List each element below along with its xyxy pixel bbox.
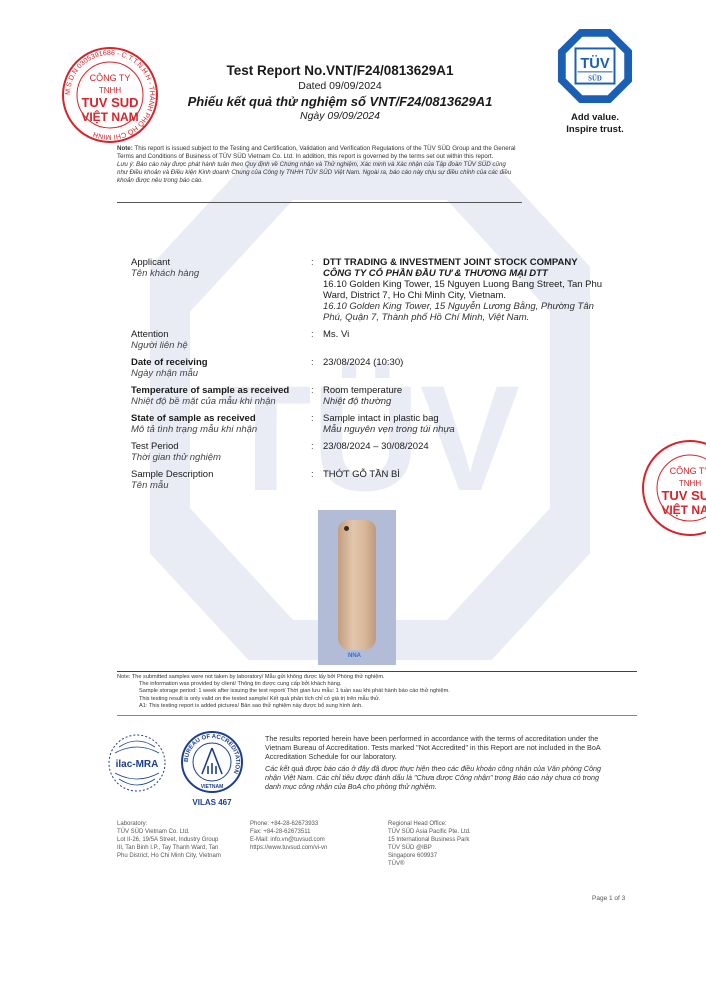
- field-row: ApplicantTên khách hàng:DTT TRADING & IN…: [131, 257, 611, 323]
- field-separator: :: [311, 413, 323, 435]
- field-row: AttentionNgười liên hệ:Ms. Vi: [131, 329, 611, 351]
- divider: [117, 715, 637, 716]
- footer-line: TÜV SÜD Vietnam Co. Ltd.: [117, 828, 267, 836]
- note-label: Note:: [117, 145, 133, 152]
- svg-text:TNHH: TNHH: [679, 479, 701, 488]
- footer-line: TÜV®: [388, 860, 538, 868]
- tuv-sud-logo: TÜV SÜD: [556, 27, 634, 105]
- field-row: Date of receivingNgày nhận mẫu:23/08/202…: [131, 357, 611, 379]
- footer-line: E-Mail: info.vn@tuvsud.com: [250, 836, 380, 844]
- field-value: 23/08/2024 (10:30): [323, 357, 611, 379]
- field-label: Temperature of sample as receivedNhiệt đ…: [131, 385, 311, 407]
- svg-text:VIETNAM: VIETNAM: [201, 784, 224, 790]
- report-date: Dated 09/09/2024: [190, 80, 490, 92]
- photo-label: NNA: [348, 653, 361, 659]
- field-value: Ms. Vi: [323, 329, 611, 351]
- ilac-mra-logo: ilac-MRA: [107, 733, 167, 793]
- note-en: This report is issued subject to the Tes…: [117, 145, 516, 160]
- svg-text:SÜD: SÜD: [588, 75, 602, 83]
- page-number: Page 1 of 3: [592, 895, 625, 902]
- field-label-vi: Ngày nhận mẫu: [131, 368, 311, 379]
- sample-info-table: ApplicantTên khách hàng:DTT TRADING & IN…: [131, 257, 611, 497]
- accreditation-en: The results reported herein have been pe…: [265, 734, 600, 761]
- divider: [117, 202, 522, 203]
- note-vi: Lưu ý: Báo cáo này được phát hành tuân t…: [117, 161, 511, 184]
- field-separator: :: [311, 357, 323, 379]
- vilas-number: VILAS 467: [180, 798, 244, 807]
- boa-logo: BUREAU OF ACCREDITATION VIETNAM: [180, 730, 244, 794]
- report-title-vi: Phiếu kết quả thử nghiệm số VNT/F24/0813…: [160, 94, 520, 109]
- field-value: DTT TRADING & INVESTMENT JOINT STOCK COM…: [323, 257, 611, 323]
- sample-notes: Note: The submitted samples were not tak…: [117, 674, 597, 710]
- svg-text:TUV SUD: TUV SUD: [661, 488, 706, 503]
- terms-note: Note: This report is issued subject to t…: [117, 145, 517, 185]
- report-title: Test Report No.VNT/F24/0813629A1: [190, 63, 490, 78]
- field-label: Sample DescriptionTên mẫu: [131, 469, 311, 491]
- tagline-line-2: Inspire trust.: [540, 124, 650, 136]
- footer-line: Phu District, Ho Chi Minh City, Vietnam: [117, 852, 267, 860]
- svg-text:VIỆT NAM: VIỆT NAM: [661, 502, 706, 517]
- svg-text:TUV SUD: TUV SUD: [81, 95, 138, 110]
- cutting-board-image: [338, 520, 376, 650]
- field-value: THỚT GỖ TẦN BÌ: [323, 469, 611, 491]
- footer-line: TÜV SÜD @IBP: [388, 844, 538, 852]
- footer-regional-office: Regional Head Office:TÜV SÜD Asia Pacifi…: [388, 820, 538, 868]
- field-separator: :: [311, 469, 323, 491]
- accreditation-statement: The results reported herein have been pe…: [265, 734, 615, 791]
- note-text: The submitted samples were not taken by …: [132, 674, 385, 680]
- field-label: Date of receivingNgày nhận mẫu: [131, 357, 311, 379]
- footer-line: Lot II-26, 19/5A Street, Industry Group: [117, 836, 267, 844]
- field-value-line: CÔNG TY CỔ PHẦN ĐẦU TƯ & THƯƠNG MẠI DTT: [323, 268, 611, 279]
- note-label: Note:: [117, 674, 130, 680]
- field-label-vi: Tên khách hàng: [131, 268, 311, 279]
- footer-laboratory: Laboratory:TÜV SÜD Vietnam Co. Ltd.Lot I…: [117, 820, 267, 860]
- field-label-vi: Nhiệt độ bề mặt của mẫu khi nhận: [131, 396, 311, 407]
- field-label-en: Date of receiving: [131, 357, 311, 368]
- note-line: Sample storage period: 1 week after issu…: [117, 688, 597, 695]
- footer-line: https://www.tuvsud.com/vi-vn: [250, 844, 380, 852]
- footer-line: Regional Head Office:: [388, 820, 538, 828]
- field-value-line: 23/08/2024 – 30/08/2024: [323, 441, 611, 452]
- field-label-en: Temperature of sample as received: [131, 385, 311, 396]
- field-value-line: 16.10 Golden King Tower, 15 Nguyen Luong…: [323, 279, 611, 301]
- field-value-line: Sample intact in plastic bag: [323, 413, 611, 424]
- field-row: Test PeriodThời gian thử nghiệm:23/08/20…: [131, 441, 611, 463]
- field-separator: :: [311, 257, 323, 323]
- field-label-vi: Tên mẫu: [131, 480, 311, 491]
- field-label-vi: Người liên hệ: [131, 340, 311, 351]
- svg-text:ilac-MRA: ilac-MRA: [116, 759, 159, 770]
- footer-line: 15 International Business Park: [388, 836, 538, 844]
- svg-text:CÔNG TY: CÔNG TY: [90, 73, 131, 83]
- footer-line: Singapore 609937: [388, 852, 538, 860]
- svg-text:VIỆT NAM: VIỆT NAM: [81, 109, 138, 124]
- accreditation-vi: Các kết quả được báo cáo ở đây đã được t…: [265, 764, 615, 791]
- footer-line: TÜV SÜD Asia Pacific Pte. Ltd.: [388, 828, 538, 836]
- sample-photo: NNA: [318, 510, 396, 665]
- footer-line: Laboratory:: [117, 820, 267, 828]
- field-row: State of sample as receivedMô tả tình tr…: [131, 413, 611, 435]
- field-value: Sample intact in plastic bagMẫu nguyên v…: [323, 413, 611, 435]
- field-value: Room temperatureNhiệt độ thường: [323, 385, 611, 407]
- field-label-en: Sample Description: [131, 469, 311, 480]
- report-date-vi: Ngày 09/09/2024: [190, 110, 490, 122]
- field-value-line: THỚT GỖ TẦN BÌ: [323, 469, 611, 480]
- field-separator: :: [311, 441, 323, 463]
- field-label-en: Applicant: [131, 257, 311, 268]
- field-row: Sample DescriptionTên mẫu:THỚT GỖ TẦN BÌ: [131, 469, 611, 491]
- field-label: Test PeriodThời gian thử nghiệm: [131, 441, 311, 463]
- field-label-en: Attention: [131, 329, 311, 340]
- field-label: ApplicantTên khách hàng: [131, 257, 311, 323]
- svg-text:TÜV: TÜV: [580, 55, 609, 72]
- field-value-line: 16.10 Golden King Tower, 15 Nguyễn Lương…: [323, 301, 611, 323]
- field-separator: :: [311, 385, 323, 407]
- field-label-vi: Mô tả tình trạng mẫu khi nhận: [131, 424, 311, 435]
- field-label-en: State of sample as received: [131, 413, 311, 424]
- footer-line: III, Tan Binh I.P., Tay Thanh Ward, Tan: [117, 844, 267, 852]
- field-row: Temperature of sample as receivedNhiệt đ…: [131, 385, 611, 407]
- note-line: This testing result is only valid on the…: [117, 696, 597, 703]
- svg-text:CÔNG TY: CÔNG TY: [670, 466, 706, 476]
- footer-line: Phone: +84-28-62673933: [250, 820, 380, 828]
- field-value-line: 23/08/2024 (10:30): [323, 357, 611, 368]
- company-stamp: M.S.D.N 0305391686 - C.T.T.N.H.H - THÀNH…: [60, 45, 160, 145]
- field-value: 23/08/2024 – 30/08/2024: [323, 441, 611, 463]
- svg-text:TNHH: TNHH: [99, 86, 121, 95]
- company-stamp-partial: CÔNG TY TNHH TUV SUD VIỆT NAM: [640, 438, 706, 538]
- field-separator: :: [311, 329, 323, 351]
- field-value-line: Ms. Vi: [323, 329, 611, 340]
- footer-contact: Phone: +84-28-62673933Fax: +84-28-626735…: [250, 820, 380, 852]
- note-line: A1: This testing report is added picture…: [117, 703, 597, 710]
- field-value-line: Room temperature: [323, 385, 611, 396]
- field-value-line: DTT TRADING & INVESTMENT JOINT STOCK COM…: [323, 257, 611, 268]
- field-value-line: Mẫu nguyên vẹn trong túi nhựa: [323, 424, 611, 435]
- divider: [117, 671, 637, 672]
- field-label: AttentionNgười liên hệ: [131, 329, 311, 351]
- field-label-vi: Thời gian thử nghiệm: [131, 452, 311, 463]
- tagline: Add value. Inspire trust.: [540, 112, 650, 136]
- tagline-line-1: Add value.: [540, 112, 650, 124]
- field-value-line: Nhiệt độ thường: [323, 396, 611, 407]
- field-label: State of sample as receivedMô tả tình tr…: [131, 413, 311, 435]
- footer-line: Fax: +84-28-62673511: [250, 828, 380, 836]
- field-label-en: Test Period: [131, 441, 311, 452]
